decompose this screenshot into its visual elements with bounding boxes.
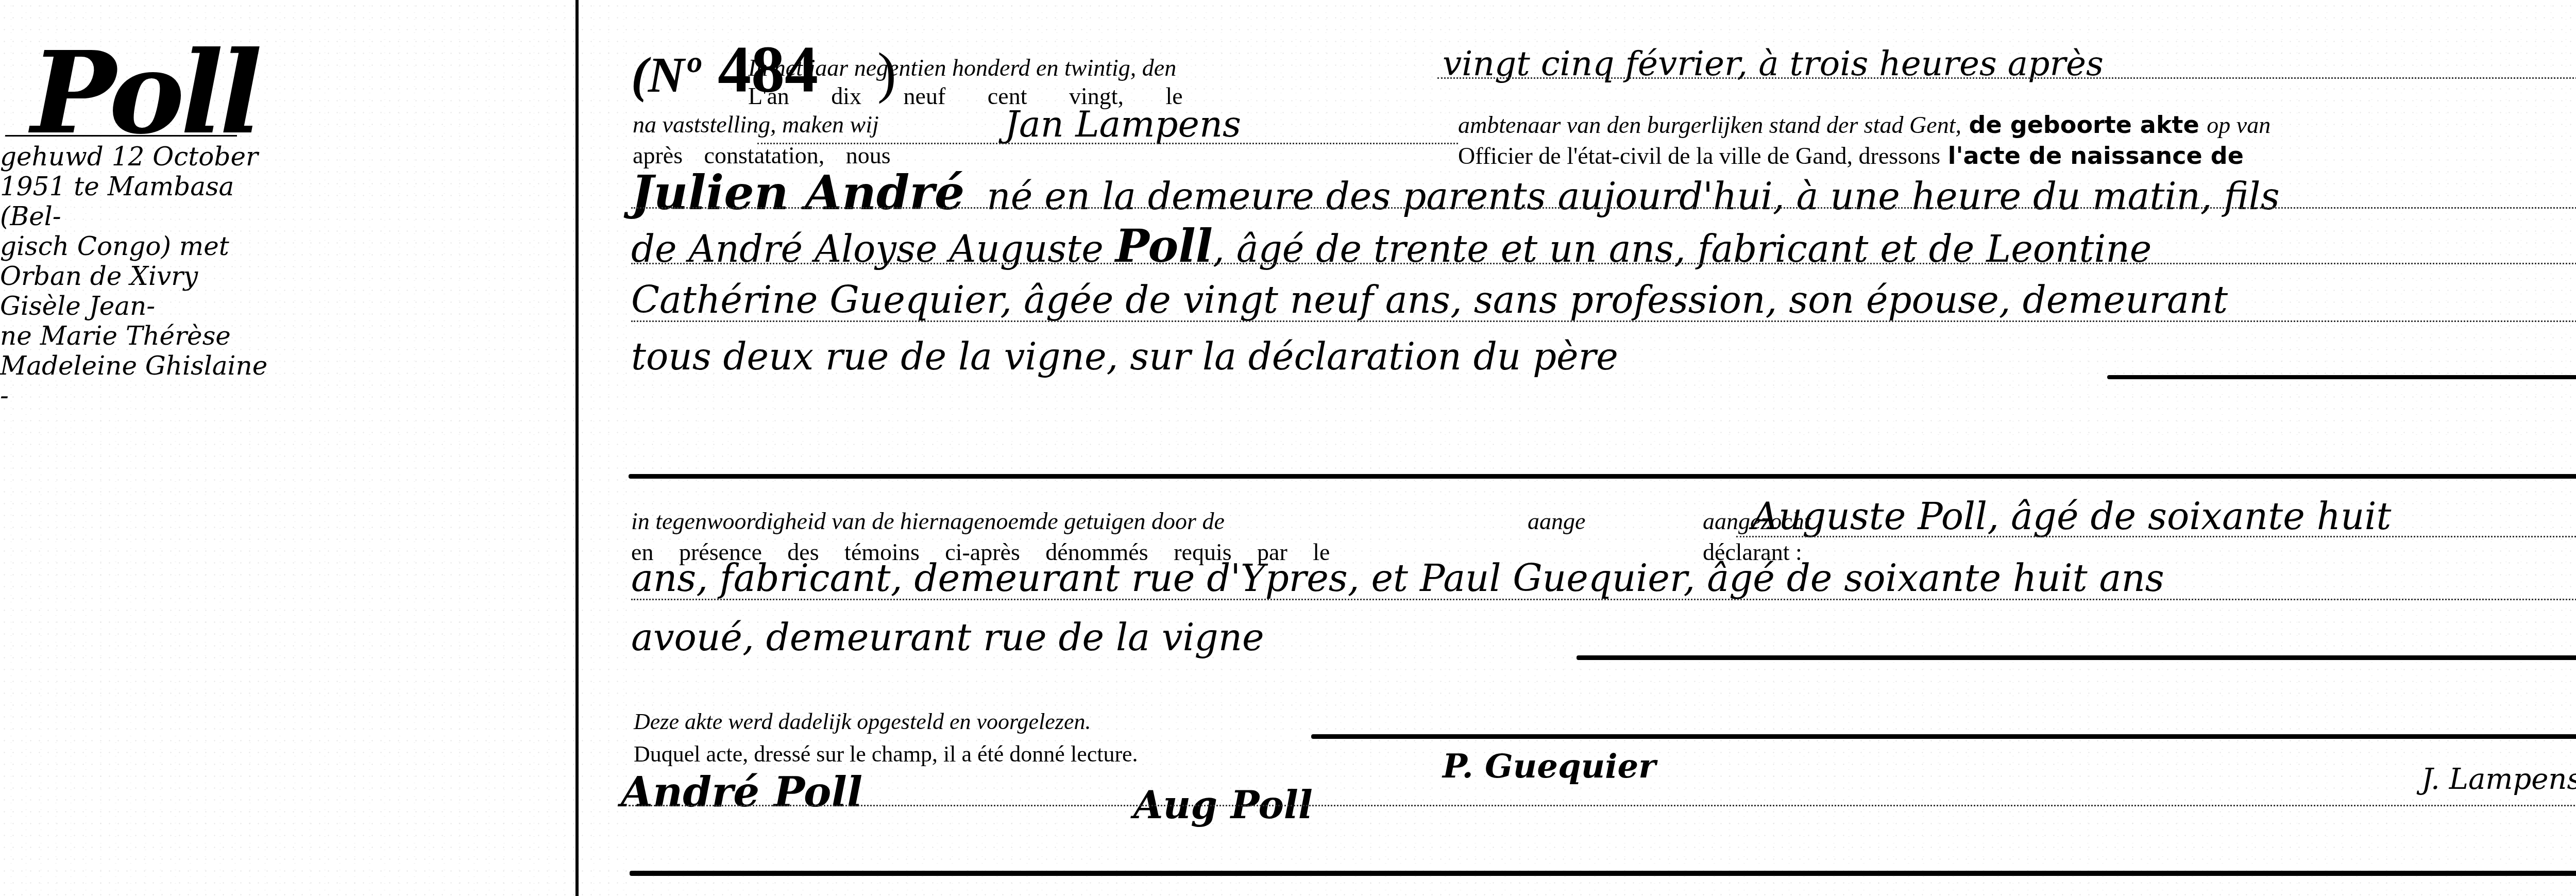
witness-fill-line (1577, 655, 2576, 660)
witness3-hand: avoué, demeurant rue de la vigne (631, 616, 1264, 659)
margin-marriage-note: gehuwd 12 October 1951 te Mambasa (Bel- … (0, 142, 268, 411)
nl-act-bold: de geboorte akte (1969, 111, 2199, 139)
closing-rule (1311, 734, 2576, 739)
signature-father: André Poll (621, 768, 862, 816)
mother-line: Cathérine Guequier, âgée de vingt neuf a… (631, 278, 2228, 322)
father-surname: Poll (1115, 219, 1213, 273)
section-rule (629, 474, 2576, 479)
father-line: de André Aloyse Auguste Poll, âgé de tre… (631, 219, 2151, 273)
body-line-2 (631, 263, 2576, 264)
nl-year-text: In het jaar negentien honderd en twintig… (748, 54, 1176, 81)
witness-line-1 (1736, 536, 2576, 537)
fill-line (2107, 375, 2576, 379)
body-line-1 (631, 207, 2576, 209)
margin-note-line: ne Marie Thérèse Madeleine Ghislaine - (0, 321, 268, 411)
child-line: Julien André né en la demeure des parent… (631, 165, 2280, 221)
nl-officer-text: ambtenaar van den burgerlijken stand der… (1458, 111, 2270, 139)
residence-line: tous deux rue de la vigne, sur la déclar… (631, 335, 1618, 378)
child-name: Julien André (631, 165, 964, 221)
signature-officer: J. Lampens (2421, 763, 2576, 796)
signature-witness2: P. Guequier (1443, 747, 1656, 786)
signature-line (629, 805, 2576, 806)
margin-underline (5, 135, 237, 137)
bottom-rule (630, 871, 2576, 876)
margin-divider (575, 0, 579, 896)
nl-aange: aange (1528, 508, 1585, 535)
margin-note-line: gehuwd 12 October 1951 te Mambasa (Bel- (0, 142, 268, 231)
witness1-hand: Auguste Poll, âgé de soixante huit (1752, 495, 2391, 538)
body-line-3 (631, 320, 2576, 322)
nl-closing: Deze akte werd dadelijk opgesteld en voo… (634, 708, 1091, 735)
witness-line-2 (631, 599, 2576, 600)
nl-witness-text: in tegenwoordigheid van de hiernagenoemd… (631, 508, 1225, 535)
fr-closing: Duquel acte, dressé sur le champ, il a é… (634, 741, 1138, 767)
margin-surname: Poll (31, 41, 247, 142)
margin-note-line: gisch Congo) met Orban de Xivry Gisèle J… (0, 231, 268, 321)
witness2-hand: ans, fabricant, demeurant rue d'Ypres, e… (631, 556, 2164, 600)
nl-after-text: na vaststelling, maken wij (633, 111, 879, 138)
officer-name-handwritten: Jan Lampens (1005, 103, 1241, 145)
officer-line (757, 143, 1458, 144)
number-label: (Nº (631, 47, 700, 103)
date-line (1437, 77, 2576, 79)
